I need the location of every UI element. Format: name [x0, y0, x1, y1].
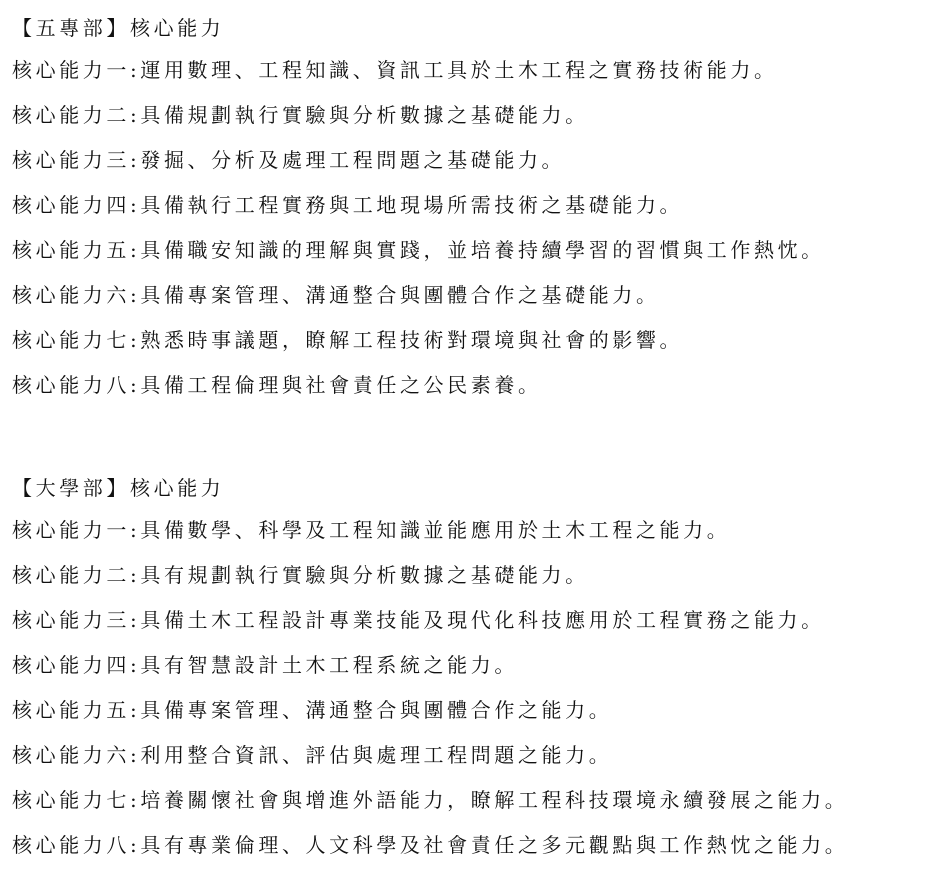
- competency-item: 核心能力六:具備專案管理、溝通整合與團體合作之基礎能力。: [12, 273, 928, 318]
- competency-text: 具備職安知識的理解與實踐，並培養持續學習的習慣與工作熱忱。: [140, 238, 824, 262]
- competency-item: 核心能力五:具備職安知識的理解與實踐，並培養持續學習的習慣與工作熱忱。: [12, 228, 928, 273]
- competency-item: 核心能力四:具有智慧設計土木工程系統之能力。: [12, 643, 928, 688]
- competency-item: 核心能力三:發掘、分析及處理工程問題之基礎能力。: [12, 138, 928, 183]
- competency-text: 具備數學、科學及工程知識並能應用於土木工程之能力。: [140, 518, 730, 542]
- competency-text: 熟悉時事議題，瞭解工程技術對環境與社會的影響。: [140, 328, 683, 352]
- competency-label: 核心能力二: [12, 563, 130, 587]
- competency-item: 核心能力四:具備執行工程實務與工地現場所需技術之基礎能力。: [12, 183, 928, 228]
- competency-text: 具備專案管理、溝通整合與團體合作之基礎能力。: [140, 283, 659, 307]
- competency-text: 具有規劃執行實驗與分析數據之基礎能力。: [140, 563, 588, 587]
- competency-label: 核心能力五: [12, 238, 130, 262]
- competency-item: 核心能力七:熟悉時事議題，瞭解工程技術對環境與社會的影響。: [12, 318, 928, 363]
- competency-item: 核心能力二:具有規劃執行實驗與分析數據之基礎能力。: [12, 553, 928, 598]
- separator: :: [130, 608, 140, 632]
- competency-text: 具備規劃執行實驗與分析數據之基礎能力。: [140, 103, 588, 127]
- separator: :: [130, 283, 140, 307]
- competency-text: 具備執行工程實務與工地現場所需技術之基礎能力。: [140, 193, 683, 217]
- competency-label: 核心能力五: [12, 698, 130, 722]
- separator: :: [130, 193, 140, 217]
- competency-label: 核心能力一: [12, 58, 130, 82]
- competency-item: 核心能力八:具有專業倫理、人文科學及社會責任之多元觀點與工作熱忱之能力。: [12, 823, 928, 868]
- competency-label: 核心能力三: [12, 148, 130, 172]
- competency-item: 核心能力二:具備規劃執行實驗與分析數據之基礎能力。: [12, 93, 928, 138]
- competency-text: 具備工程倫理與社會責任之公民素養。: [140, 373, 541, 397]
- separator: :: [130, 103, 140, 127]
- competency-label: 核心能力一: [12, 518, 130, 542]
- five-year-program-section: 【五專部】核心能力 核心能力一:運用數理、工程知識、資訊工具於土木工程之實務技術…: [12, 8, 928, 408]
- separator: :: [130, 788, 140, 812]
- competency-text: 利用整合資訊、評估與處理工程問題之能力。: [140, 743, 612, 767]
- separator: :: [130, 58, 140, 82]
- competency-item: 核心能力七:培養關懷社會與增進外語能力，瞭解工程科技環境永續發展之能力。: [12, 778, 928, 823]
- separator: :: [130, 653, 140, 677]
- competency-item: 核心能力三:具備土木工程設計專業技能及現代化科技應用於工程實務之能力。: [12, 598, 928, 643]
- competency-label: 核心能力七: [12, 788, 130, 812]
- competency-text: 培養關懷社會與增進外語能力，瞭解工程科技環境永續發展之能力。: [140, 788, 848, 812]
- competency-label: 核心能力八: [12, 833, 130, 857]
- competency-label: 核心能力三: [12, 608, 130, 632]
- competency-label: 核心能力四: [12, 653, 130, 677]
- section-title: 【大學部】核心能力: [12, 468, 928, 508]
- university-program-section: 【大學部】核心能力 核心能力一:具備數學、科學及工程知識並能應用於土木工程之能力…: [12, 468, 928, 868]
- competency-text: 發掘、分析及處理工程問題之基礎能力。: [140, 148, 565, 172]
- separator: :: [130, 743, 140, 767]
- competency-item: 核心能力八:具備工程倫理與社會責任之公民素養。: [12, 363, 928, 408]
- separator: :: [130, 328, 140, 352]
- competency-item: 核心能力一:具備數學、科學及工程知識並能應用於土木工程之能力。: [12, 508, 928, 553]
- competency-label: 核心能力四: [12, 193, 130, 217]
- separator: :: [130, 833, 140, 857]
- competency-item: 核心能力一:運用數理、工程知識、資訊工具於土木工程之實務技術能力。: [12, 48, 928, 93]
- competency-label: 核心能力六: [12, 743, 130, 767]
- section-title: 【五專部】核心能力: [12, 8, 928, 48]
- competency-item: 核心能力六:利用整合資訊、評估與處理工程問題之能力。: [12, 733, 928, 778]
- separator: :: [130, 148, 140, 172]
- competency-label: 核心能力七: [12, 328, 130, 352]
- separator: :: [130, 373, 140, 397]
- separator: :: [130, 563, 140, 587]
- competency-text: 具有智慧設計土木工程系統之能力。: [140, 653, 518, 677]
- competency-text: 具備土木工程設計專業技能及現代化科技應用於工程實務之能力。: [140, 608, 824, 632]
- competency-label: 核心能力二: [12, 103, 130, 127]
- separator: :: [130, 238, 140, 262]
- competency-text: 運用數理、工程知識、資訊工具於土木工程之實務技術能力。: [140, 58, 777, 82]
- competency-text: 具有專業倫理、人文科學及社會責任之多元觀點與工作熱忱之能力。: [140, 833, 848, 857]
- competency-text: 具備專案管理、溝通整合與團體合作之能力。: [140, 698, 612, 722]
- competency-label: 核心能力八: [12, 373, 130, 397]
- separator: :: [130, 518, 140, 542]
- separator: :: [130, 698, 140, 722]
- competency-label: 核心能力六: [12, 283, 130, 307]
- competency-item: 核心能力五:具備專案管理、溝通整合與團體合作之能力。: [12, 688, 928, 733]
